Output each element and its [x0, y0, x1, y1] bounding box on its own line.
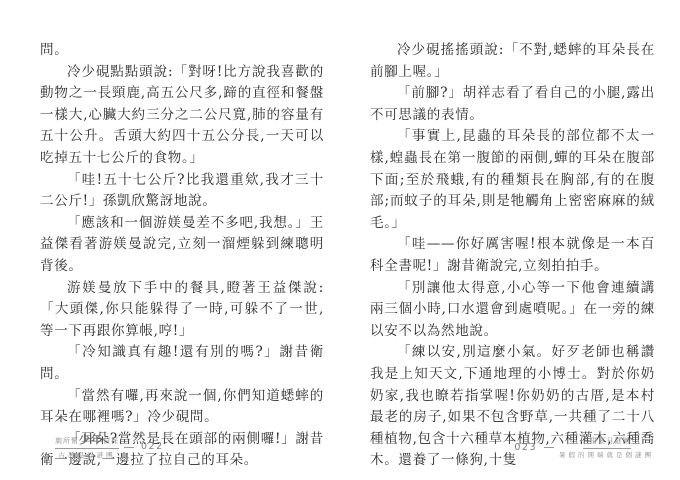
paragraph: 「冷知識真有趣!還有別的嗎?」謝昔衛問。 — [40, 342, 324, 385]
series-name: 廁所幫少年偵探 — [55, 435, 119, 449]
paragraph: 「當然有囉,再來說一個,你們知道蟋蟀的耳朵在哪裡嗎?」冷少硯問。 — [40, 386, 324, 429]
book-spread: 問。 冷少硯點點頭說:「對呀!比方說我喜歡的動物之一長頸鹿,高五公尺多,蹄的直徑… — [0, 0, 680, 480]
chapter-title: 暑假的開端就是個謎團 — [559, 451, 654, 459]
paragraph: 「哇——你好厲害喔!根本就像是一本百科全書呢!」謝昔衛說完,立刻拍拍手。 — [370, 234, 655, 277]
paragraph: 「應該和一個游媄曼差不多吧,我想。」王益傑看著游媄曼說完,立刻一溜煙躲到練聰明背… — [40, 213, 324, 278]
left-page-footer: 廁所幫少年偵探 古厝夏日謎團 022 — [55, 435, 164, 459]
paragraph: 冷少硯點點頭說:「對呀!比方說我喜歡的動物之一長頸鹿,高五公尺多,蹄的直徑和餐盤… — [40, 62, 324, 170]
series-name-prefix: 廁所幫 — [55, 437, 79, 445]
footer-rule — [124, 447, 134, 448]
paragraph: 「別讓他太得意,小心等一下他會連續講兩三個小時,口水還會到處噴呢。」在一旁的練以… — [370, 278, 655, 343]
paragraph: 「事實上,昆蟲的耳朵長的部位都不太一樣,蝗蟲長在第一腹節的兩側,蟬的耳朵在腹部下… — [370, 126, 655, 234]
right-page-footer: 023 古厝夏日謎團 暑假的開端就是個謎團 — [514, 436, 654, 459]
paragraph: 問。 — [40, 40, 324, 62]
page-number-right: 023 — [514, 443, 537, 453]
left-page: 問。 冷少硯點點頭說:「對呀!比方說我喜歡的動物之一長頸鹿,高五公尺多,蹄的直徑… — [0, 0, 340, 480]
book-title: 古厝夏日謎團 — [583, 436, 631, 449]
footer-rule — [544, 447, 554, 448]
paragraph: 冷少硯搖搖頭說:「不對,蟋蟀的耳朵長在前腳上喔。」 — [370, 40, 655, 83]
right-page: 冷少硯搖搖頭說:「不對,蟋蟀的耳朵長在前腳上喔。」 「前腳?」胡祥志看了看自己的… — [340, 0, 680, 480]
book-title: 古厝夏日謎團 — [59, 451, 116, 459]
series-name-emphasis: 少年 — [79, 433, 103, 446]
paragraph: 「哇!五十七公斤?比我還重欸,我才三十二公斤!」孫凱欣驚訝地說。 — [40, 170, 324, 213]
series-name-suffix: 偵探 — [103, 437, 119, 445]
page-number-left: 022 — [141, 442, 164, 452]
paragraph: 「前腳?」胡祥志看了看自己的小腿,露出不可思議的表情。 — [370, 83, 655, 126]
series-title-block: 廁所幫少年偵探 古厝夏日謎團 — [55, 435, 119, 459]
paragraph: 游媄曼放下手中的餐具,瞪著王益傑說:「大頭傑,你只能躲得了一時,可躲不了一世,等… — [40, 278, 324, 343]
chapter-title-block: 古厝夏日謎團 暑假的開端就是個謎團 — [559, 436, 654, 459]
